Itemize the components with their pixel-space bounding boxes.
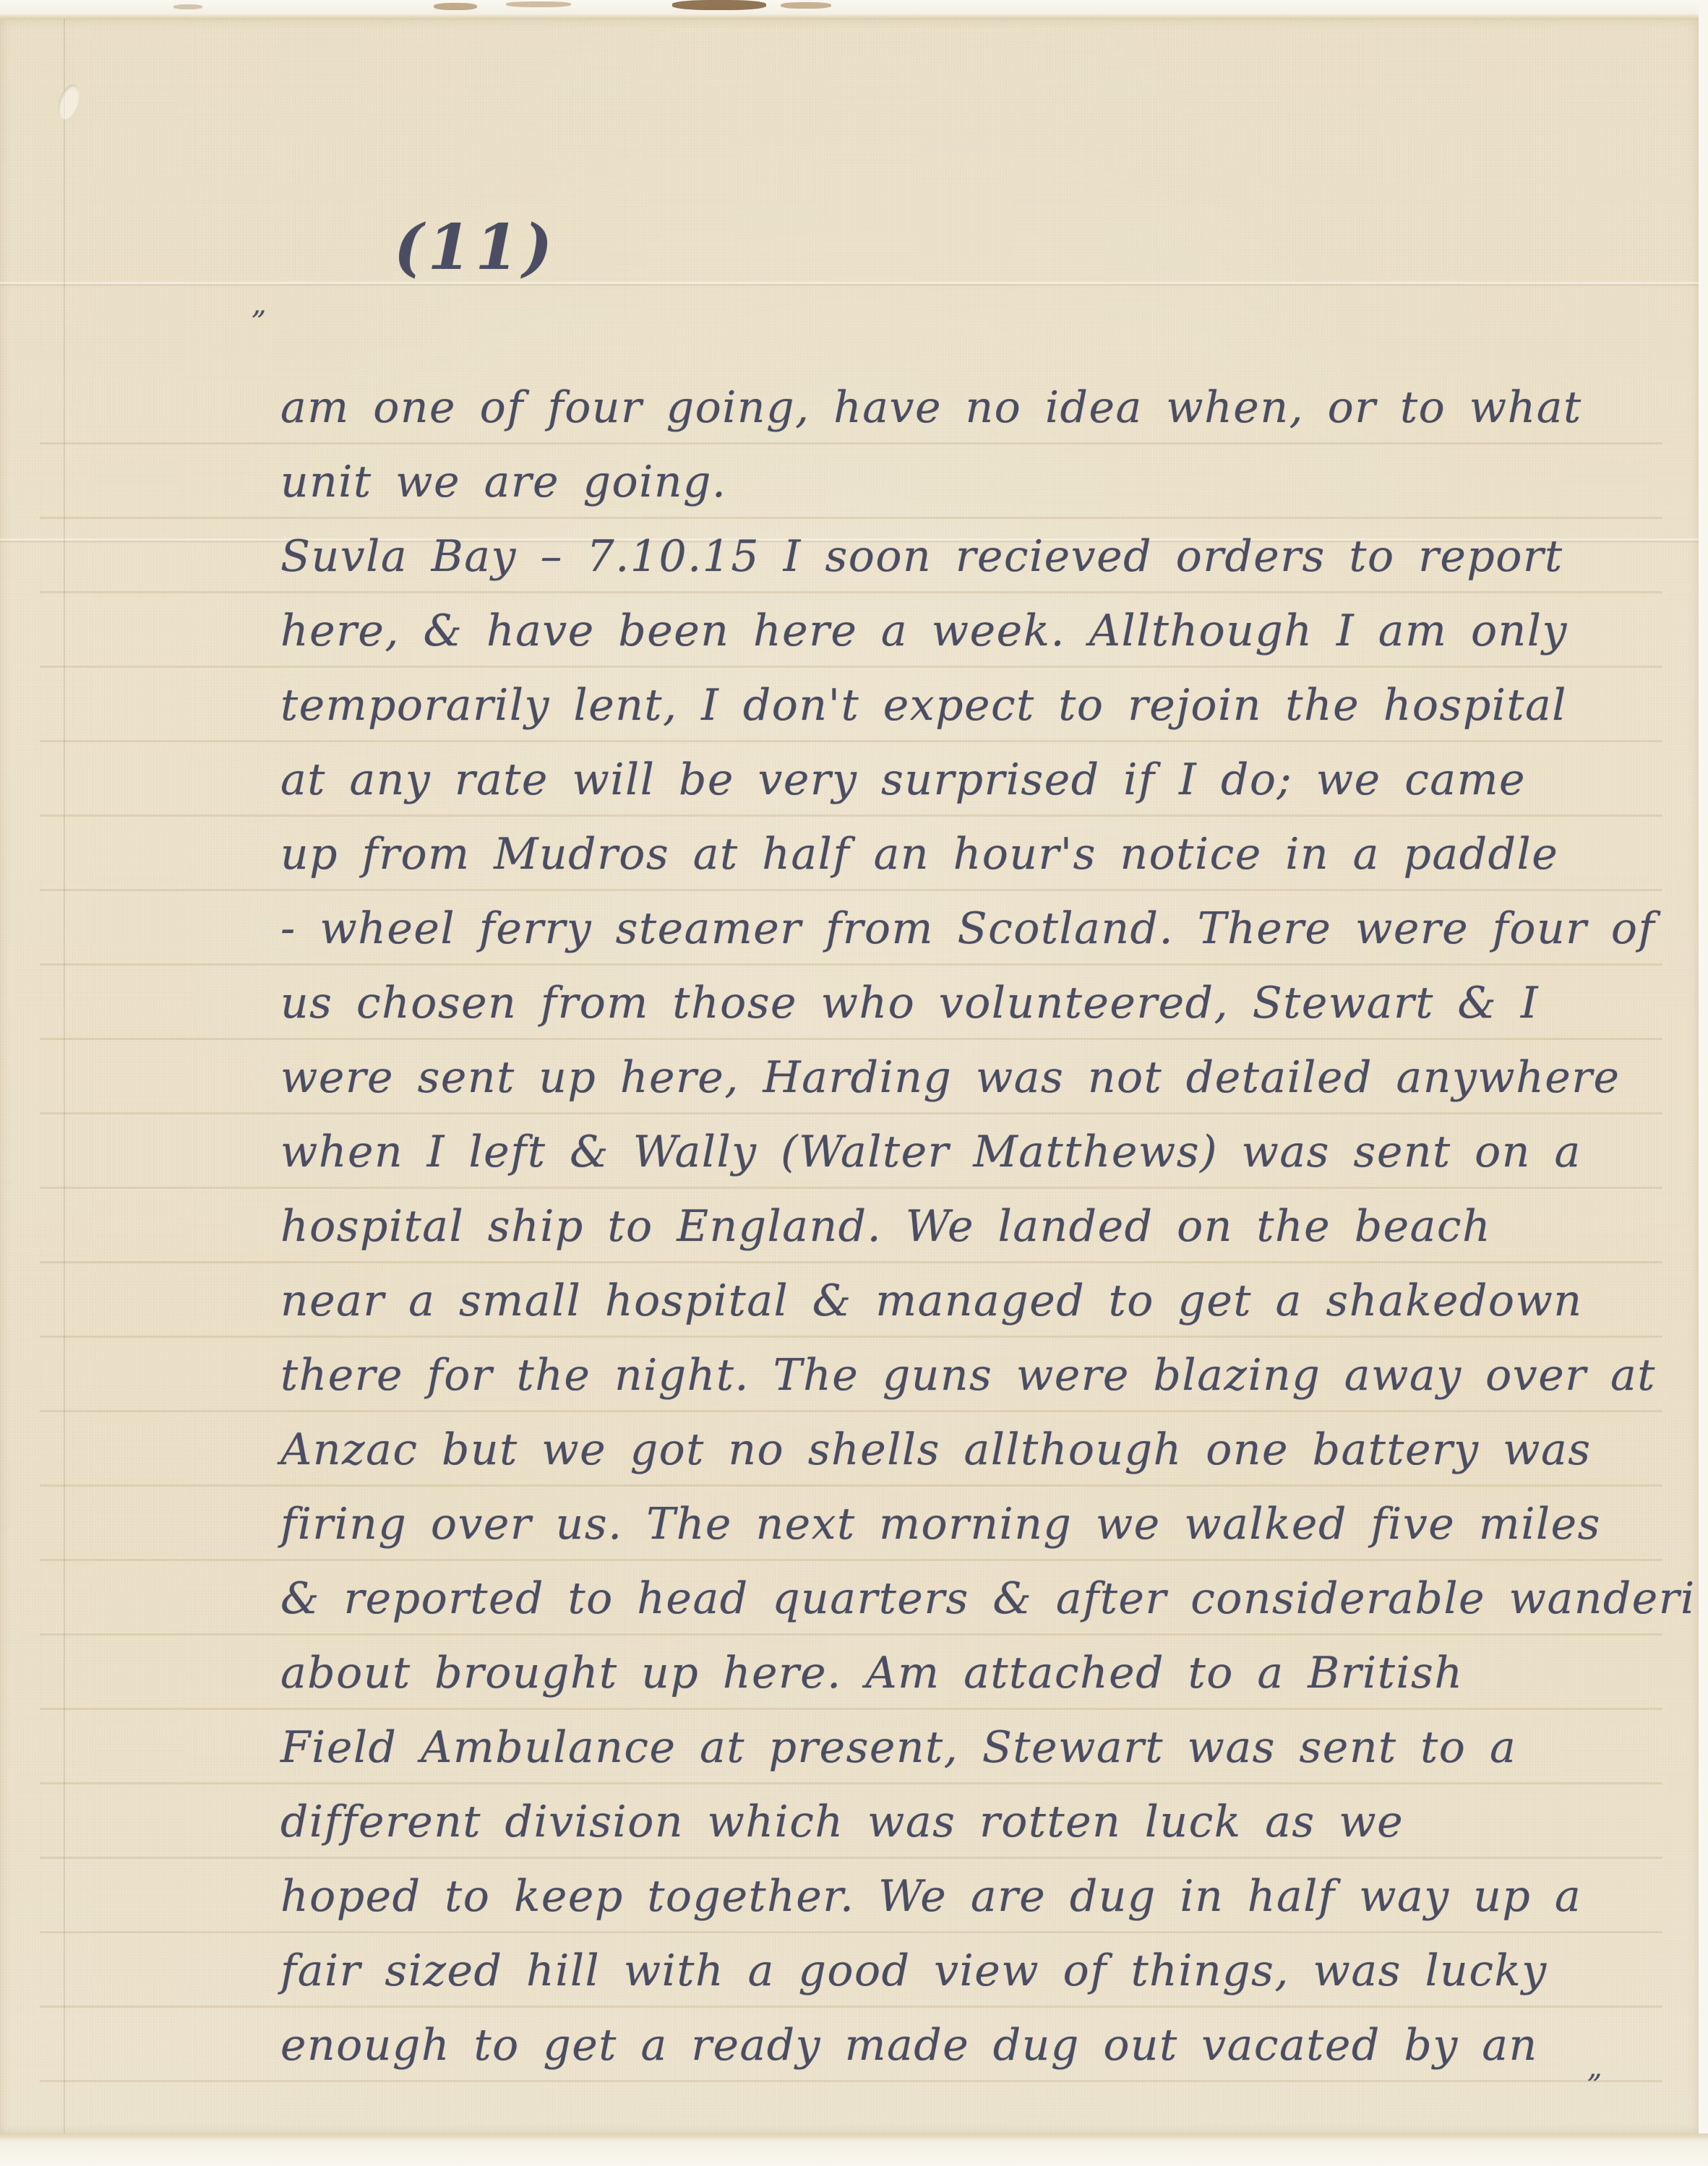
handwritten-line: here, & have been here a week. Allthough…	[280, 594, 1690, 669]
handwritten-line: hoped to keep together. We are dug in ha…	[280, 1860, 1690, 1934]
handwritten-line: there for the night. The guns were blazi…	[280, 1338, 1690, 1413]
torn-top-edge	[0, 0, 1699, 20]
scan-edge-bottom	[0, 2133, 1708, 2166]
handwritten-line: unit we are going.	[280, 445, 1690, 520]
crease-line	[0, 282, 1699, 284]
handwritten-line: about brought up here. Am attached to a …	[280, 1636, 1690, 1711]
handwritten-line: at any rate will be very surprised if I …	[280, 743, 1690, 817]
handwritten-line: - wheel ferry steamer from Scotland. The…	[280, 892, 1690, 966]
page-number: (11)	[394, 211, 557, 284]
handwritten-line: Suvla Bay – 7.10.15 I soon recieved orde…	[280, 520, 1690, 594]
handwritten-line: Anzac but we got no shells allthough one…	[280, 1413, 1690, 1487]
handwritten-line: fair sized hill with a good view of thin…	[280, 1934, 1690, 2008]
handwriting-block: am one of four going, have no idea when,…	[280, 371, 1690, 2083]
handwritten-line: hospital ship to England. We landed on t…	[280, 1190, 1690, 1264]
handwritten-line: us chosen from those who volunteered, St…	[280, 966, 1690, 1041]
page-fold-line	[64, 19, 65, 2133]
paper-speck	[434, 3, 477, 10]
handwritten-line: were sent up here, Harding was not detai…	[280, 1041, 1690, 1115]
margin-mark-bottom: „	[1587, 2051, 1602, 2084]
paper-speck	[506, 1, 571, 7]
handwritten-line: enough to get a ready made dug out vacat…	[280, 2008, 1690, 2083]
scanned-page: (11) „ am one of four going, have no ide…	[0, 0, 1708, 2166]
handwritten-line: Field Ambulance at present, Stewart was …	[280, 1711, 1690, 1785]
handwritten-line: up from Mudros at half an hour's notice …	[280, 817, 1690, 892]
scan-edge-right	[1699, 0, 1708, 2166]
paper-speck	[173, 4, 202, 9]
paper-speck	[672, 0, 766, 10]
margin-mark-top: „	[252, 288, 267, 321]
handwritten-line: temporarily lent, I don't expect to rejo…	[280, 669, 1690, 743]
paper-speck	[781, 2, 831, 9]
handwritten-line: near a small hospital & managed to get a…	[280, 1264, 1690, 1338]
handwritten-line: & reported to head quarters & after cons…	[280, 1562, 1690, 1636]
handwritten-line: when I left & Wally (Walter Matthews) wa…	[280, 1115, 1690, 1190]
handwritten-line: firing over us. The next morning we walk…	[280, 1487, 1690, 1562]
handwritten-line: am one of four going, have no idea when,…	[280, 371, 1690, 445]
handwritten-line: different division which was rotten luck…	[280, 1785, 1690, 1860]
